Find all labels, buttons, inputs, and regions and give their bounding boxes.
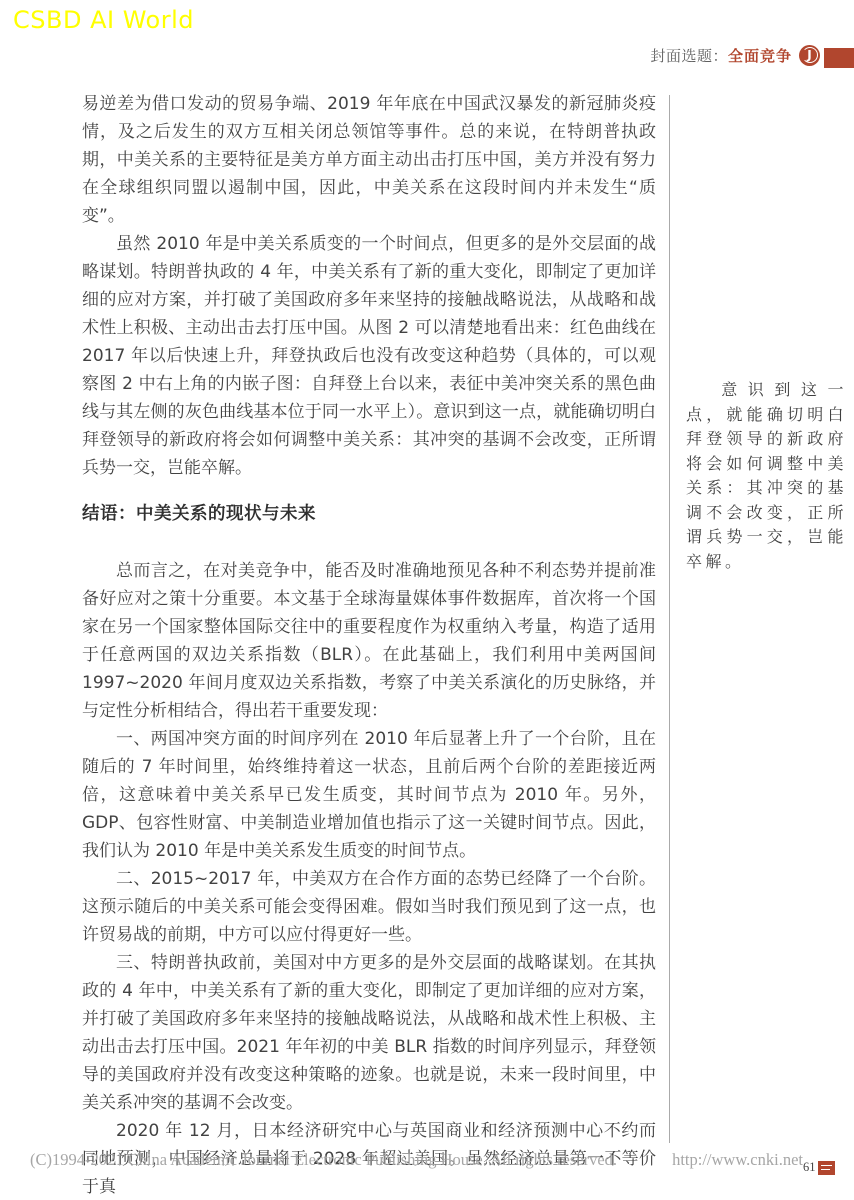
watermark: CSBD AI World [13,6,194,34]
body-paragraph: 易逆差为借口发动的贸易争端、2019 年年底在中国武汉暴发的新冠肺炎疫情，及之后… [82,90,656,230]
page-number: 61 [803,1160,816,1175]
journal-logo-icon: J [799,45,820,66]
journal-logo-letter: J [807,49,811,61]
page-header: 封面选题： 全面竞争 J [650,41,854,69]
header-accent-bar [824,48,854,68]
body-paragraph: 三、特朗普执政前，美国对中方更多的是外交层面的战略谋划。在其执政的 4 年中，中… [82,949,656,1117]
copyright-notice: (C)1994-2021 China Academic Journal Elec… [30,1150,617,1170]
section-heading: 结语：中美关系的现状与未来 [82,503,656,525]
body-paragraph: 二、2015~2017 年，中美双方在合作方面的态势已经降了一个台阶。这预示随后… [82,865,656,949]
body-paragraph: 虽然 2010 年是中美关系质变的一个时间点，但更多的是外交层面的战略谋划。特朗… [82,230,656,482]
journal-page: CSBD AI World 封面选题： 全面竞争 J 易逆差为借口发动的贸易争端… [0,0,854,1200]
body-paragraph: 总而言之，在对美竞争中，能否及时准确地预见各种不利态势并提前准备好应对之策十分重… [82,557,656,725]
body-paragraph: 一、两国冲突方面的时间序列在 2010 年后显著上升了一个台阶，且在随后的 7 … [82,725,656,865]
page-footer: (C)1994-2021 China Academic Journal Elec… [30,1150,803,1170]
article-body: 易逆差为借口发动的贸易争端、2019 年年底在中国武汉暴发的新冠肺炎疫情，及之后… [82,90,656,1200]
cover-topic-label: 封面选题： [650,45,728,66]
margin-pull-quote: 意识到这一点，就能确切明白拜登领导的新政府将会如何调整中美关系：其冲突的基调不会… [686,378,847,574]
journal-badge-icon [818,1161,835,1175]
cnki-link[interactable]: http://www.cnki.net [672,1150,803,1170]
column-divider [669,95,670,1143]
cover-topic-value: 全面竞争 [728,45,792,66]
